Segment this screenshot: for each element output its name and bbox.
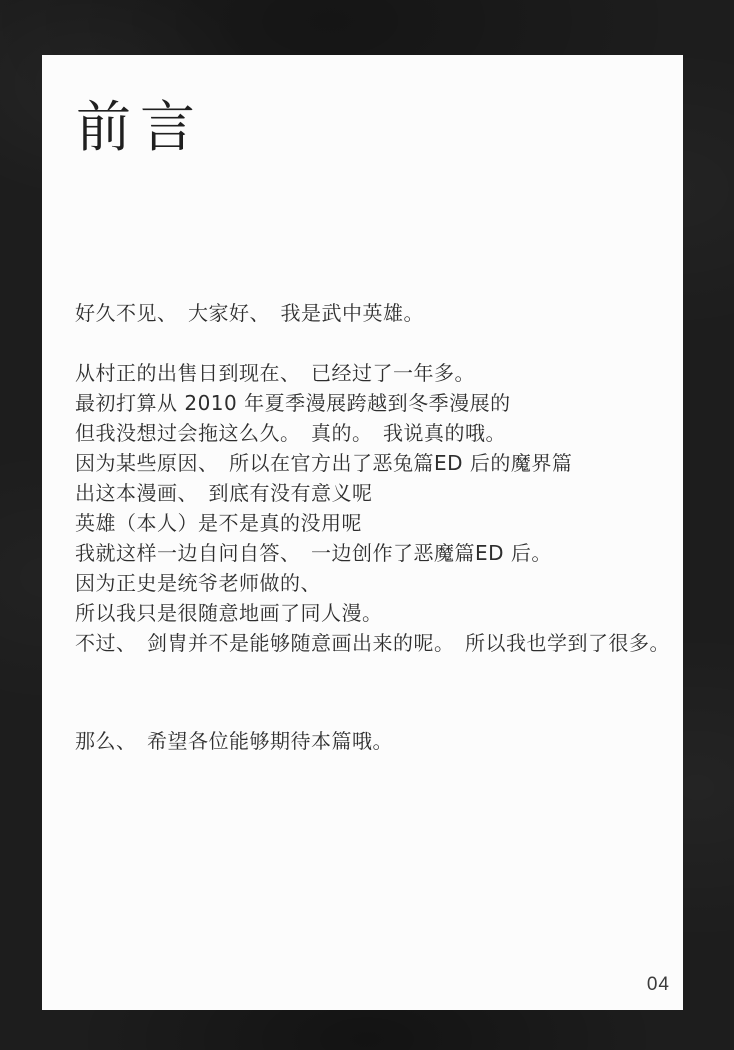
preface-line: 从村正的出售日到现在、 已经过了一年多。 (75, 358, 667, 388)
preface-line: 因为正史是统爷老师做的、 (75, 568, 667, 598)
preface-text: 好久不见、 大家好、 我是武中英雄。 从村正的出售日到现在、 已经过了一年多。 … (75, 298, 667, 756)
preface-line: 所以我只是很随意地画了同人漫。 (75, 598, 667, 628)
preface-line: 因为某些原因、 所以在官方出了恶兔篇ED 后的魔界篇 (75, 448, 667, 478)
manga-page: 前言 好久不见、 大家好、 我是武中英雄。 从村正的出售日到现在、 已经过了一年… (42, 55, 683, 1010)
preface-closing-line: 那么、 希望各位能够期待本篇哦。 (75, 726, 667, 756)
scan-background: 前言 好久不见、 大家好、 我是武中英雄。 从村正的出售日到现在、 已经过了一年… (0, 0, 734, 1050)
preface-greeting-line: 好久不见、 大家好、 我是武中英雄。 (75, 298, 667, 328)
preface-line: 但我没想过会拖这么久。 真的。 我说真的哦。 (75, 418, 667, 448)
preface-line: 出这本漫画、 到底有没有意义呢 (75, 478, 667, 508)
preface-main-paragraph: 从村正的出售日到现在、 已经过了一年多。 最初打算从 2010 年夏季漫展跨越到… (75, 358, 667, 658)
preface-line: 英雄（本人）是不是真的没用呢 (75, 508, 667, 538)
page-title: 前言 (76, 99, 204, 157)
page-number: 04 (647, 974, 670, 996)
preface-line: 不过、 剑冑并不是能够随意画出来的呢。 所以我也学到了很多。 (75, 628, 667, 658)
preface-line: 我就这样一边自问自答、 一边创作了恶魔篇ED 后。 (75, 538, 667, 568)
preface-line: 最初打算从 2010 年夏季漫展跨越到冬季漫展的 (75, 388, 667, 418)
